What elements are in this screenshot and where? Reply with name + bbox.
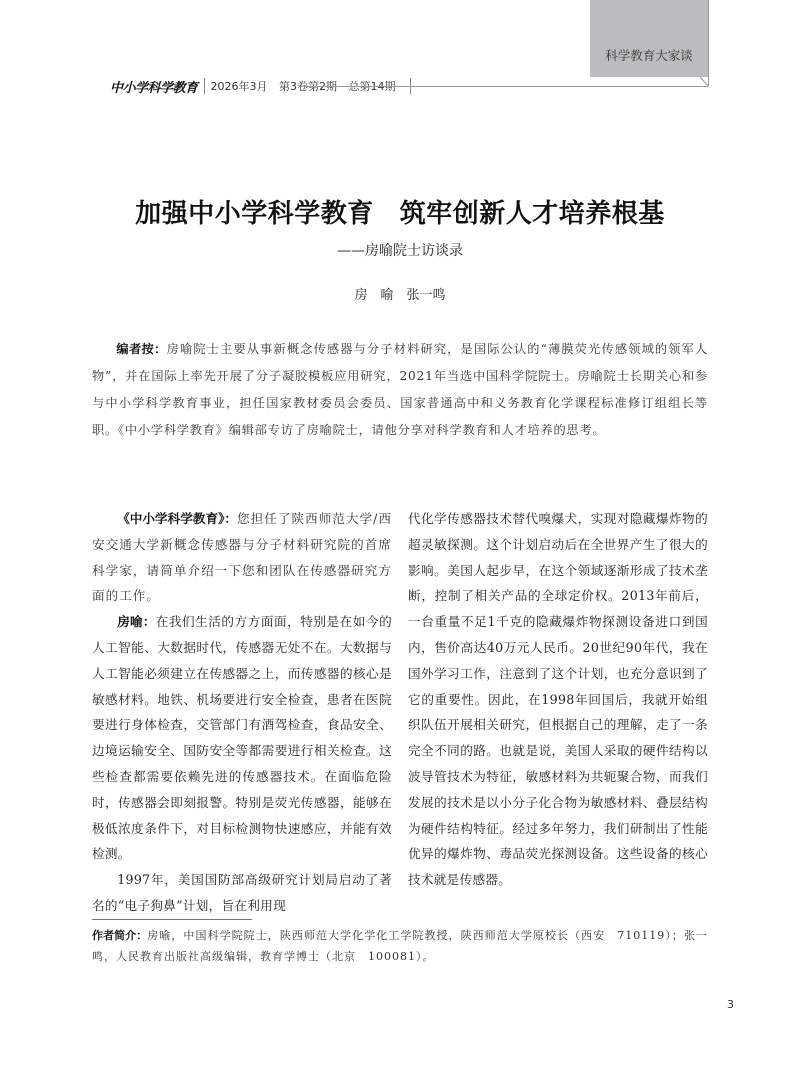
right-column: 代化学传感器技术替代嗅爆犬，实现对隐藏爆炸物的超灵敏探测。这个计划启动后在全世界… [408,506,708,893]
editor-note-label: 编者按： [116,342,166,356]
issue-date: 2026年3月 [211,80,268,93]
article-subtitle: ——房喻院士访谈录 [0,240,800,260]
editor-note: 编者按：房喻院士主要从事新概念传感器与分子材料研究，是国际公认的“薄膜荧光传感领… [92,336,708,444]
title-part-2: 筑牢创新人才培养根基 [400,199,665,229]
left-column: 《中小学科学教育》：您担任了陕西师范大学/西安交通大学新概念传感器与分子材料研究… [92,506,392,919]
header-divider [204,78,205,94]
page-number: 3 [727,998,734,1011]
article-authors: 房 喻 张一鸣 [0,284,800,303]
footnote-label: 作者简介： [92,929,147,942]
interviewee-label: 房喻： [117,614,156,629]
title-part-1: 加强中小学科学教育 [135,199,374,229]
editor-note-text: 房喻院士主要从事新概念传感器与分子材料研究，是国际公认的“薄膜荧光传感领域的领军… [92,342,708,437]
answer-paragraph-2: 1997年，美国国防部高级研究计划局启动了著名的“电子狗鼻”计划，旨在利用现 [92,867,392,919]
question-paragraph: 《中小学科学教育》：您担任了陕西师范大学/西安交通大学新概念传感器与分子材料研究… [92,506,392,609]
article-title: 加强中小学科学教育筑牢创新人才培养根基 [0,193,800,230]
answer-text: 在我们生活的方方面面，特别是在如今的人工智能、大数据时代，传感器无处不在。大数据… [92,614,392,861]
section-tab: 科学教育大家谈 [590,0,708,77]
journal-logo: 中小学科学教育 [110,77,198,96]
header-rule [305,86,708,87]
footnote-rule [92,919,252,920]
footnote-text: 房喻，中国科学院院士，陕西师范大学化学化工学院教授，陕西师范大学原校长（西安 7… [92,929,708,963]
author-footnote: 作者简介：房喻，中国科学院院士，陕西师范大学化学化工学院教授，陕西师范大学原校长… [92,925,708,967]
answer-continuation: 代化学传感器技术替代嗅爆犬，实现对隐藏爆炸物的超灵敏探测。这个计划启动后在全世界… [408,506,708,893]
section-tab-label: 科学教育大家谈 [590,46,708,64]
tab-edge-line [708,0,709,86]
answer-paragraph: 房喻：在我们生活的方方面面，特别是在如今的人工智能、大数据时代，传感器无处不在。… [92,609,392,867]
interviewer-label: 《中小学科学教育》： [117,511,237,526]
